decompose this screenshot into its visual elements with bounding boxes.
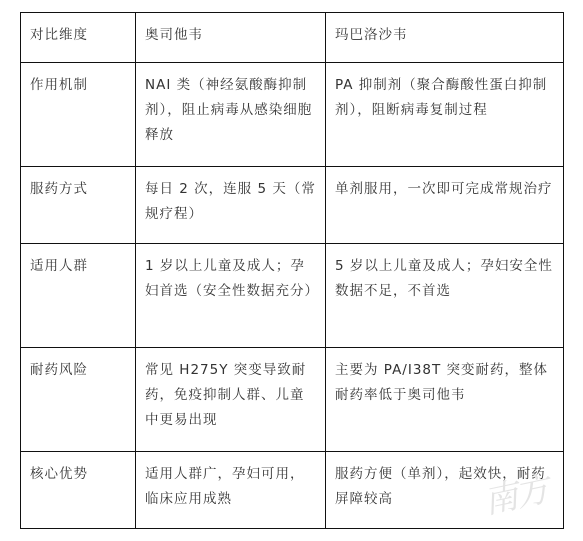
dimension-cell: 耐药风险 bbox=[21, 348, 136, 452]
oseltamivir-cell: 适用人群广，孕妇可用，临床应用成熟 bbox=[136, 452, 326, 529]
dimension-cell: 适用人群 bbox=[21, 244, 136, 348]
oseltamivir-cell: 常见 H275Y 突变导致耐药，免疫抑制人群、儿童中更易出现 bbox=[136, 348, 326, 452]
baloxavir-cell: 主要为 PA/I38T 突变耐药，整体耐药率低于奥司他韦 bbox=[326, 348, 564, 452]
table-row: 作用机制 NAI 类（神经氨酸酶抑制剂），阻止病毒从感染细胞释放 PA 抑制剂（… bbox=[21, 63, 564, 167]
dimension-cell: 作用机制 bbox=[21, 63, 136, 167]
header-cell-baloxavir: 玛巴洛沙韦 bbox=[326, 13, 564, 63]
header-cell-oseltamivir: 奥司他韦 bbox=[136, 13, 326, 63]
dimension-cell: 服药方式 bbox=[21, 167, 136, 244]
drug-comparison-table: 对比维度 奥司他韦 玛巴洛沙韦 作用机制 NAI 类（神经氨酸酶抑制剂），阻止病… bbox=[20, 12, 564, 529]
oseltamivir-cell: NAI 类（神经氨酸酶抑制剂），阻止病毒从感染细胞释放 bbox=[136, 63, 326, 167]
table-header-row: 对比维度 奥司他韦 玛巴洛沙韦 bbox=[21, 13, 564, 63]
dimension-cell: 核心优势 bbox=[21, 452, 136, 529]
baloxavir-cell: 5 岁以上儿童及成人；孕妇安全性数据不足，不首选 bbox=[326, 244, 564, 348]
table-row: 适用人群 1 岁以上儿童及成人；孕妇首选（安全性数据充分） 5 岁以上儿童及成人… bbox=[21, 244, 564, 348]
table-row: 服药方式 每日 2 次，连服 5 天（常规疗程） 单剂服用，一次即可完成常规治疗 bbox=[21, 167, 564, 244]
baloxavir-cell: PA 抑制剂（聚合酶酸性蛋白抑制剂），阻断病毒复制过程 bbox=[326, 63, 564, 167]
baloxavir-cell: 单剂服用，一次即可完成常规治疗 bbox=[326, 167, 564, 244]
oseltamivir-cell: 每日 2 次，连服 5 天（常规疗程） bbox=[136, 167, 326, 244]
header-cell-dimension: 对比维度 bbox=[21, 13, 136, 63]
oseltamivir-cell: 1 岁以上儿童及成人；孕妇首选（安全性数据充分） bbox=[136, 244, 326, 348]
table-row: 耐药风险 常见 H275Y 突变导致耐药，免疫抑制人群、儿童中更易出现 主要为 … bbox=[21, 348, 564, 452]
